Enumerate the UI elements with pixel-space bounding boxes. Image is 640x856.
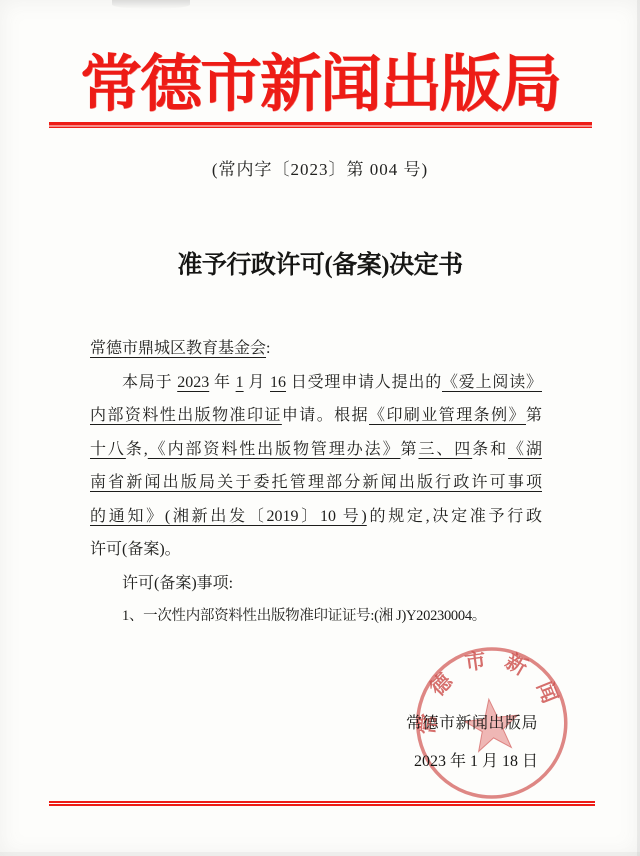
text-segment: 申请。根据 <box>282 407 369 424</box>
underlined-text: 《湖 <box>508 441 542 458</box>
text-segment: 第 <box>401 441 419 458</box>
official-document-page: 常德市新闻出版局 (常内字〔2023〕第 004 号) 准予行政许可(备案)决定… <box>0 0 640 856</box>
underlined-text: 南省新闻出版局关于委托管理部分新闻出版行政许可事项 <box>90 474 542 491</box>
underlined-text: 16 <box>270 374 286 391</box>
text-segment: 年 <box>209 374 235 391</box>
signature-agency-name: 常德市新闻出版局 <box>406 712 538 736</box>
document-number: (常内字〔2023〕第 004 号) <box>0 157 640 183</box>
text-segment: 许可(备案)。 <box>90 541 181 558</box>
scan-artifact <box>112 0 190 9</box>
underlined-text: 1 <box>236 374 244 391</box>
underlined-text: 2023 <box>177 374 209 391</box>
letterhead-divider-line <box>49 122 592 128</box>
text-segment: 许可(备案)事项: <box>122 575 233 592</box>
body-line: 内部资料性出版物准印证申请。根据《印刷业管理条例》第 <box>90 399 542 433</box>
body-line: 本局于 2023 年 1 月 16 日受理申请人提出的《爱上阅读》 <box>90 366 542 400</box>
text-segment: 日受理申请人提出的 <box>286 374 442 391</box>
text-segment: 本局于 <box>122 374 177 391</box>
text-segment: : <box>266 340 270 357</box>
signature-date: 2023 年 1 月 18 日 <box>414 750 538 774</box>
text-segment: 条, <box>126 441 148 458</box>
text-segment: 条和 <box>472 441 508 458</box>
underlined-text: 的通知》(湘新出发〔2019〕10 号) <box>90 508 367 525</box>
underlined-text: 十八 <box>90 441 126 458</box>
body-line: 1、一次性内部资料性出版物准印证证号:(湘 J)Y20230004。 <box>90 600 542 634</box>
underlined-text: 《印刷业管理条例》 <box>369 407 526 424</box>
body-line: 的通知》(湘新出发〔2019〕10 号)的规定,决定准予行政 <box>90 500 542 534</box>
text-segment: 第 <box>526 407 542 424</box>
text-segment: 的规定,决定准予行政 <box>367 508 542 525</box>
body-line: 常德市鼎城区教育基金会: <box>90 332 542 366</box>
body-line: 十八条,《内部资料性出版物管理办法》第三、四条和《湖 <box>90 433 542 467</box>
body-line: 许可(备案)事项: <box>90 567 542 601</box>
document-title: 准予行政许可(备案)决定书 <box>0 249 640 283</box>
letterhead-agency-name: 常德市新闻出版局 <box>0 42 640 128</box>
underlined-text: 《爱上阅读》 <box>442 374 542 391</box>
scan-artifact <box>0 852 640 856</box>
text-segment: 1、一次性内部资料性出版物准印证证号:(湘 J)Y20230004。 <box>122 608 486 624</box>
body-line: 许可(备案)。 <box>90 533 542 567</box>
underlined-text: 《内部资料性出版物管理办法》 <box>148 441 401 458</box>
underlined-text: 三、四 <box>418 441 472 458</box>
body-line: 南省新闻出版局关于委托管理部分新闻出版行政许可事项 <box>90 466 542 500</box>
body-text: 常德市鼎城区教育基金会:本局于 2023 年 1 月 16 日受理申请人提出的《… <box>90 332 542 634</box>
underlined-text: 常德市鼎城区教育基金会 <box>90 340 266 357</box>
text-segment: 月 <box>244 374 270 391</box>
underlined-text: 内部资料性出版物准印证 <box>90 407 282 424</box>
